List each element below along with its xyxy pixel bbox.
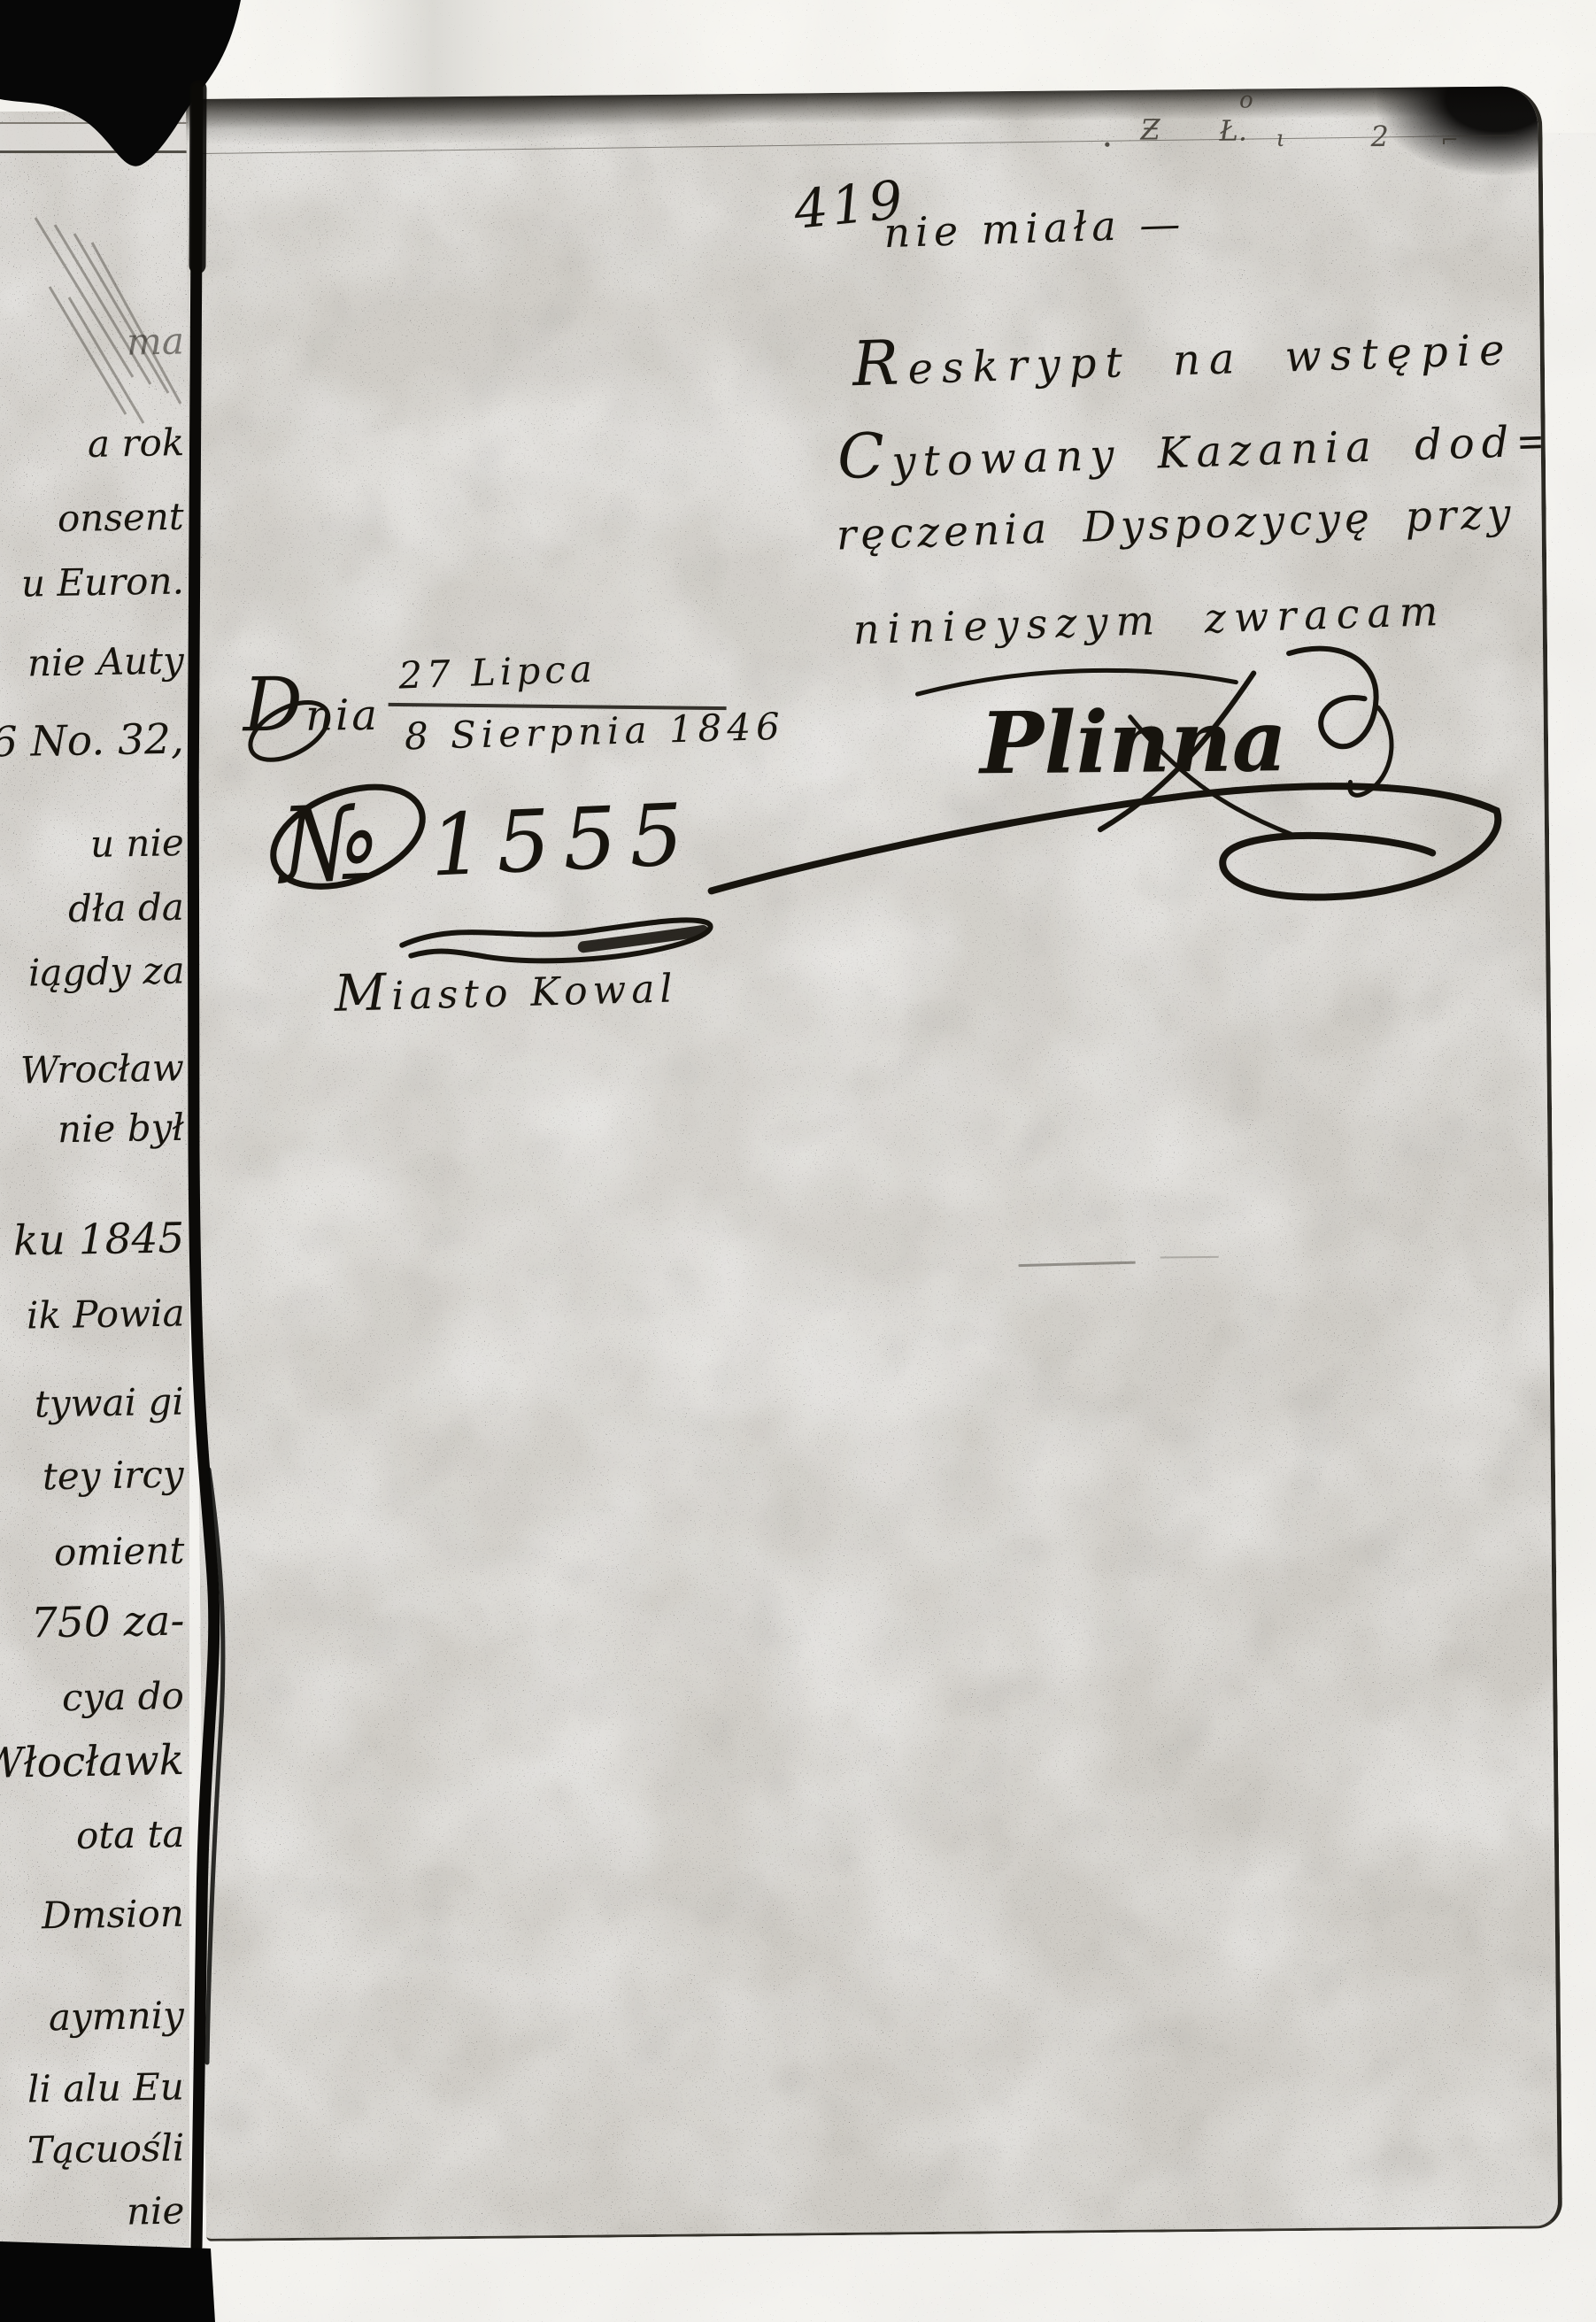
left-page-fragment: ota ta [75, 1812, 184, 1857]
left-page-fragment: tey ircy [42, 1453, 184, 1499]
left-page-rule-line [0, 150, 189, 153]
left-page-fragment: Dmsion [42, 1892, 185, 1938]
ink-mark: • [1102, 136, 1112, 155]
left-page-strip: maa rokonsentu Euron.nie Auty136 No. 32,… [0, 112, 189, 2247]
place-name: Miasto Kowal [334, 955, 678, 1022]
case-number: № 1555 [277, 767, 698, 906]
left-page-edge-band [0, 124, 189, 150]
ink-mark: 2 [1370, 120, 1389, 153]
left-page-fragment: u Euron. [21, 559, 185, 605]
left-page-fragment: u nie [90, 821, 185, 866]
annotation-line: nie miała — [883, 199, 1186, 257]
left-page-fragment: nie Auty [27, 638, 185, 684]
left-page-fragment: iągdy za [27, 948, 184, 994]
left-page-fragment: li alu Eu [27, 2064, 185, 2110]
left-page-fragment: a rok [87, 420, 184, 466]
left-page-fragment: nie był [58, 1106, 185, 1151]
left-page-fragment: onsent [58, 495, 185, 540]
date-prefix: Dnia [243, 660, 380, 748]
date-julian: 27 Lipca [397, 647, 597, 698]
signature-flourish: Plinna [758, 633, 1562, 1014]
left-page-fragment: omient [53, 1529, 184, 1575]
edge-ink-mark: o [1239, 87, 1253, 113]
left-page-fragment: Tącuośli [27, 2125, 184, 2172]
ink-mark: Ł. [1219, 113, 1247, 147]
left-page-fragment: Wrocław [20, 1045, 185, 1092]
left-page-fragment: 750 za- [30, 1596, 184, 1647]
left-page-fragment: ik Powia [26, 1291, 184, 1337]
left-page-fragment: ku 1845 [12, 1214, 184, 1265]
ink-mark: Ƶ [1140, 112, 1160, 146]
signature-script: Plinna [976, 690, 1287, 793]
ink-mark: ι [1276, 126, 1284, 152]
left-page-fragment: aymniy [49, 1994, 185, 2040]
page-top-edge-shadow-left [186, 93, 808, 145]
left-page-fragment: ma [127, 319, 185, 363]
left-page-fragment: 136 No. 32, [0, 715, 184, 768]
left-page-fragment: cya do [62, 1674, 185, 1719]
left-page-fragment: dła da [68, 885, 185, 930]
left-page-fragment: nie [126, 2188, 184, 2233]
right-page: o • Ƶ Ł. ι 2 ⌐ 419 nie miała — Reskrypt … [186, 86, 1562, 2241]
left-page-fragment: tywai gi [35, 1380, 185, 1426]
header-ink-marks: o • Ƶ Ł. ι 2 ⌐ [1089, 87, 1515, 171]
ink-mark: ⌐ [1440, 127, 1458, 152]
manuscript-scan: maa rokonsentu Euron.nie Auty136 No. 32,… [0, 0, 1596, 2322]
left-page-fragment: Włocławk [0, 1736, 184, 1788]
